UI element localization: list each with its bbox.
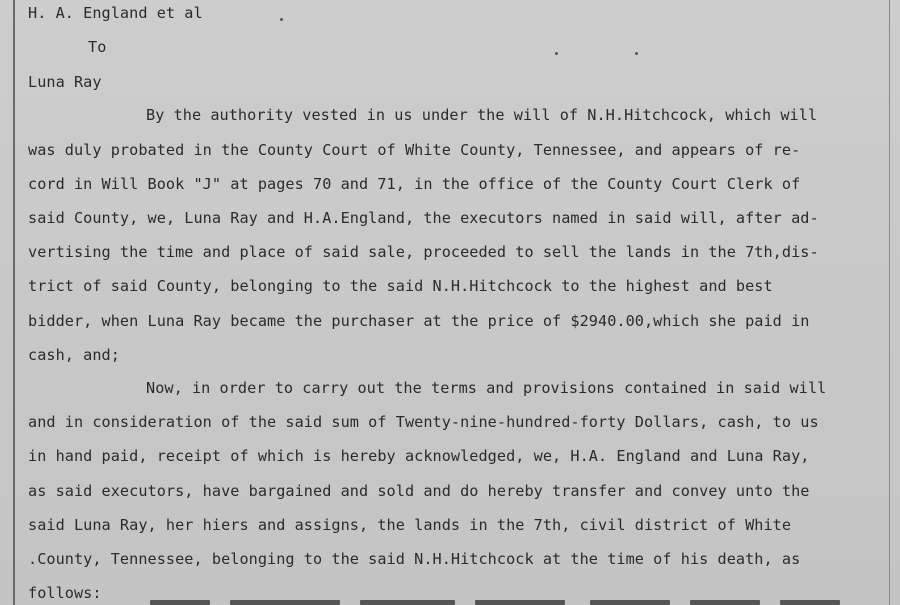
body-line: said Luna Ray, her hiers and assigns, th…: [28, 516, 791, 534]
body-line: follows:: [28, 584, 102, 602]
body-line: cord in Will Book "J" at pages 70 and 71…: [28, 175, 800, 193]
paper-speck: [280, 18, 283, 21]
paper-speck: [635, 52, 638, 55]
body-line: cash, and;: [28, 346, 120, 364]
body-line: and in consideration of the said sum of …: [28, 413, 819, 431]
body-line: in hand paid, receipt of which is hereby…: [28, 447, 809, 465]
deed-grantee: Luna Ray: [28, 73, 102, 91]
body-line: Now, in order to carry out the terms and…: [146, 379, 826, 397]
left-margin-rule: [13, 0, 15, 605]
body-line: said County, we, Luna Ray and H.A.Englan…: [28, 209, 819, 227]
body-line: bidder, when Luna Ray became the purchas…: [28, 312, 809, 330]
body-line: vertising the time and place of said sal…: [28, 243, 819, 261]
document-page: H. A. England et al To Luna Ray By the a…: [0, 0, 900, 605]
body-line: By the authority vested in us under the …: [146, 106, 817, 124]
body-line: was duly probated in the County Court of…: [28, 141, 800, 159]
paper-speck: [555, 52, 558, 55]
right-margin-rule: [889, 0, 890, 605]
deed-to-label: To: [88, 38, 106, 56]
cutoff-next-line: [150, 598, 840, 605]
body-line: as said executors, have bargained and so…: [28, 482, 809, 500]
body-line: trict of said County, belonging to the s…: [28, 277, 773, 295]
body-line: .County, Tennessee, belonging to the sai…: [28, 550, 800, 568]
deed-grantor: H. A. England et al: [28, 4, 203, 22]
